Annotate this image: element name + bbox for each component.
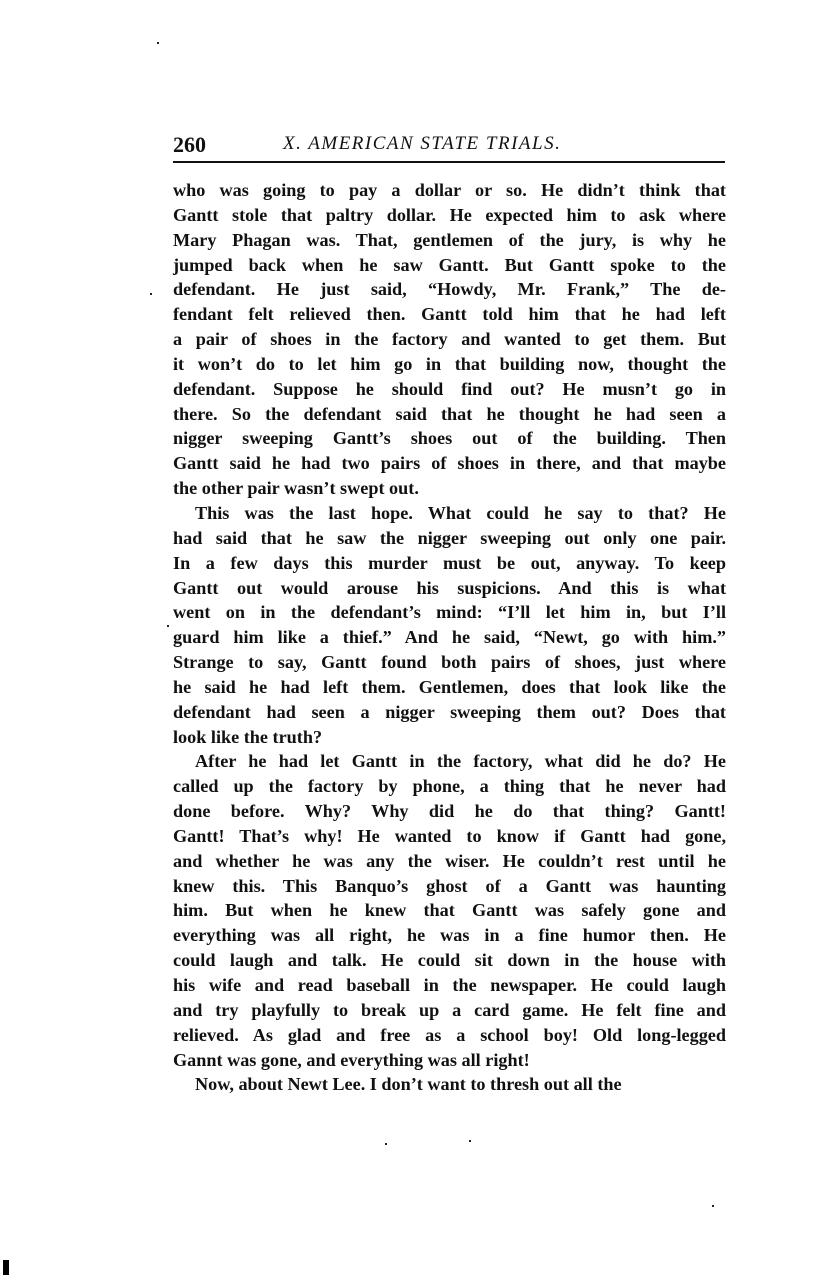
text-line: could laugh and talk. He could sit down …: [173, 948, 726, 973]
paragraph: After he had let Gantt in the factory, w…: [173, 749, 726, 1072]
text-line: Gantt! That’s why! He wanted to know if …: [173, 824, 726, 849]
text-line: and try playfully to break up a card gam…: [173, 998, 726, 1023]
text-line: Gantt said he had two pairs of shoes in …: [173, 451, 726, 476]
text-line: defendant had seen a nigger sweeping the…: [173, 700, 726, 725]
text-line: This was the last hope. What could he sa…: [173, 501, 726, 526]
running-title: X. AMERICAN STATE TRIALS.: [283, 133, 561, 155]
text-line: nigger sweeping Gantt’s shoes out of the…: [173, 426, 726, 451]
text-line: After he had let Gantt in the factory, w…: [173, 749, 726, 774]
text-line: guard him like a thief.” And he said, “N…: [173, 625, 726, 650]
paragraph: This was the last hope. What could he sa…: [173, 501, 726, 749]
paragraph: Now, about Newt Lee. I don’t want to thr…: [173, 1072, 726, 1097]
scan-speck: [469, 1140, 471, 1142]
text-line: and whether he was any the wiser. He cou…: [173, 849, 726, 874]
text-line: defendant. Suppose he should find out? H…: [173, 377, 726, 402]
text-line: relieved. As glad and free as a school b…: [173, 1023, 726, 1048]
text-line: a pair of shoes in the factory and wante…: [173, 327, 726, 352]
page-number: 260: [173, 132, 206, 158]
text-line: who was going to pay a dollar or so. He …: [173, 178, 726, 203]
text-line: his wife and read baseball in the newspa…: [173, 973, 726, 998]
text-line: Mary Phagan was. That, gentlemen of the …: [173, 228, 726, 253]
text-line: fendant felt relieved then. Gantt told h…: [173, 302, 726, 327]
text-line: Gantt out would arouse his suspicions. A…: [173, 576, 726, 601]
scan-speck: [150, 293, 152, 295]
text-line: done before. Why? Why did he do that thi…: [173, 799, 726, 824]
text-line: defendant. He just said, “Howdy, Mr. Fra…: [173, 277, 726, 302]
text-line: had said that he saw the nigger sweeping…: [173, 526, 726, 551]
paragraph: who was going to pay a dollar or so. He …: [173, 178, 726, 501]
text-line: everything was all right, he was in a fi…: [173, 923, 726, 948]
text-line: Now, about Newt Lee. I don’t want to thr…: [173, 1072, 726, 1097]
scan-edge-mark: [3, 1260, 9, 1275]
text-line: look like the truth?: [173, 725, 726, 750]
text-line: him. But when he knew that Gantt was saf…: [173, 898, 726, 923]
text-line: called up the factory by phone, a thing …: [173, 774, 726, 799]
scan-speck: [712, 1205, 714, 1207]
text-line: he said he had left them. Gentlemen, doe…: [173, 675, 726, 700]
header-rule: [173, 161, 725, 163]
text-line: jumped back when he saw Gantt. But Gantt…: [173, 253, 726, 278]
running-head: 260 X. AMERICAN STATE TRIALS.: [173, 128, 726, 160]
text-line: Gannt was gone, and everything was all r…: [173, 1048, 726, 1073]
text-line: Gantt stole that paltry dollar. He expec…: [173, 203, 726, 228]
scan-speck: [157, 42, 159, 44]
text-line: Strange to say, Gantt found both pairs o…: [173, 650, 726, 675]
body-text: who was going to pay a dollar or so. He …: [173, 178, 726, 1097]
text-line: went on in the defendant’s mind: “I’ll l…: [173, 600, 726, 625]
text-line: knew this. This Banquo’s ghost of a Gant…: [173, 874, 726, 899]
text-line: In a few days this murder must be out, a…: [173, 551, 726, 576]
scan-speck: [167, 625, 169, 627]
text-line: there. So the defendant said that he tho…: [173, 402, 726, 427]
scan-speck: [385, 1143, 387, 1145]
book-page: 260 X. AMERICAN STATE TRIALS. who was go…: [173, 128, 726, 1097]
text-line: it won’t do to let him go in that buildi…: [173, 352, 726, 377]
text-line: the other pair wasn’t swept out.: [173, 476, 726, 501]
